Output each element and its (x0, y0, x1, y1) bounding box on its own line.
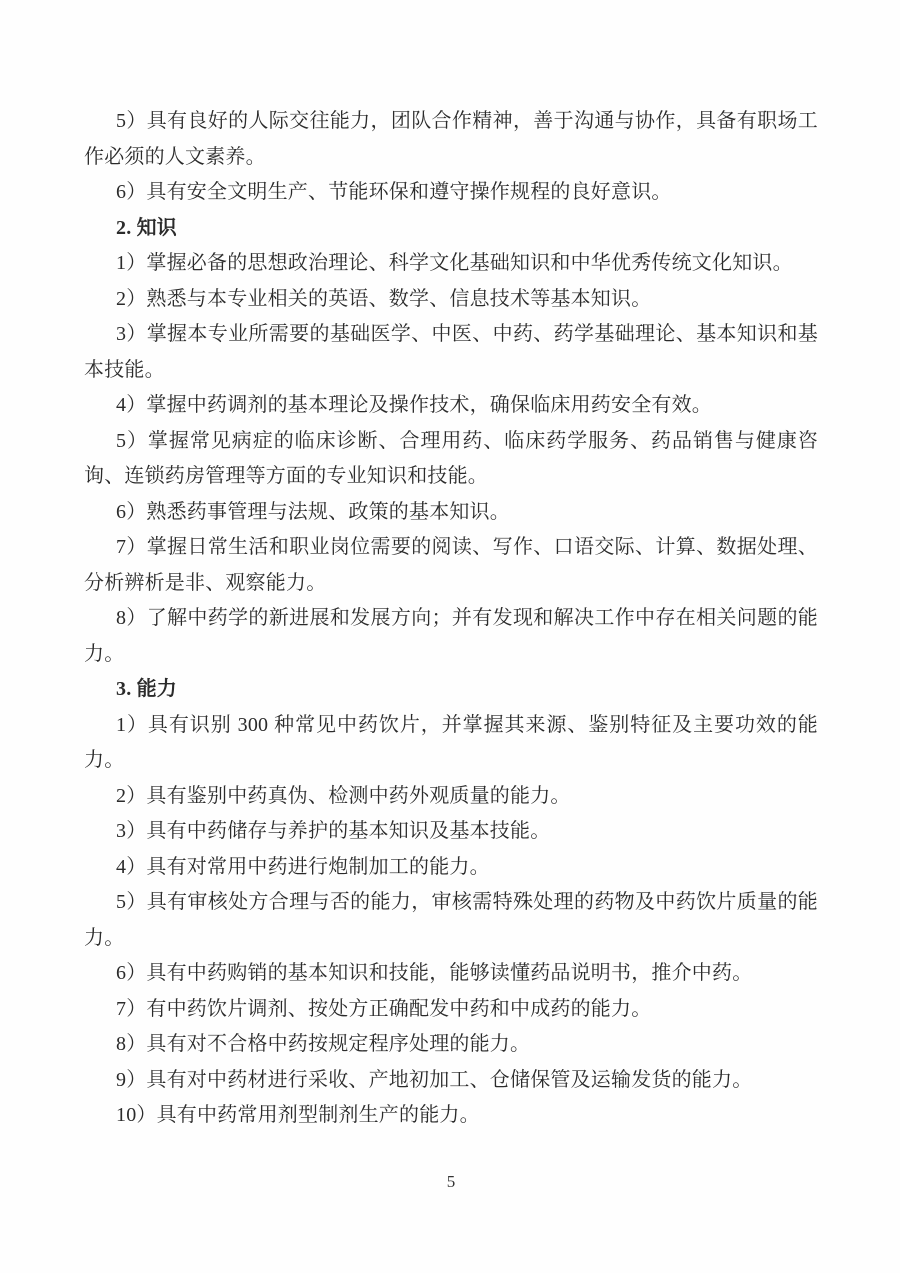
paragraph: 5）具有良好的人际交往能力，团队合作精神，善于沟通与协作，具备有职场工作必须的人… (84, 104, 818, 175)
paragraph: 5）掌握常见病症的临床诊断、合理用药、临床药学服务、药品销售与健康咨询、连锁药房… (84, 424, 818, 495)
paragraph: 5）具有审核处方合理与否的能力，审核需特殊处理的药物及中药饮片质量的能力。 (84, 885, 818, 956)
paragraph: 9）具有对中药材进行采收、产地初加工、仓储保管及运输发货的能力。 (84, 1063, 818, 1099)
paragraph: 6）具有中药购销的基本知识和技能，能够读懂药品说明书，推介中药。 (84, 956, 818, 992)
document-body: 5）具有良好的人际交往能力，团队合作精神，善于沟通与协作，具备有职场工作必须的人… (84, 104, 818, 1134)
paragraph: 1）掌握必备的思想政治理论、科学文化基础知识和中华优秀传统文化知识。 (84, 246, 818, 282)
section-heading: 3. 能力 (84, 672, 818, 708)
paragraph: 10）具有中药常用剂型制剂生产的能力。 (84, 1098, 818, 1134)
section-heading: 2. 知识 (84, 211, 818, 247)
paragraph: 8）了解中药学的新进展和发展方向；并有发现和解决工作中存在相关问题的能力。 (84, 601, 818, 672)
paragraph: 1）具有识别 300 种常见中药饮片，并掌握其来源、鉴别特征及主要功效的能力。 (84, 708, 818, 779)
page-footer: 5 (84, 1172, 818, 1192)
paragraph: 3）具有中药储存与养护的基本知识及基本技能。 (84, 814, 818, 850)
paragraph: 2）具有鉴别中药真伪、检测中药外观质量的能力。 (84, 779, 818, 815)
paragraph: 4）具有对常用中药进行炮制加工的能力。 (84, 850, 818, 886)
paragraph: 4）掌握中药调剂的基本理论及操作技术，确保临床用药安全有效。 (84, 388, 818, 424)
document-page: 5）具有良好的人际交往能力，团队合作精神，善于沟通与协作，具备有职场工作必须的人… (0, 0, 900, 1273)
paragraph: 7）有中药饮片调剂、按处方正确配发中药和中成药的能力。 (84, 992, 818, 1028)
paragraph: 3）掌握本专业所需要的基础医学、中医、中药、药学基础理论、基本知识和基本技能。 (84, 317, 818, 388)
paragraph: 2）熟悉与本专业相关的英语、数学、信息技术等基本知识。 (84, 282, 818, 318)
paragraph: 6）熟悉药事管理与法规、政策的基本知识。 (84, 495, 818, 531)
paragraph: 8）具有对不合格中药按规定程序处理的能力。 (84, 1027, 818, 1063)
page-number: 5 (447, 1172, 456, 1191)
paragraph: 6）具有安全文明生产、节能环保和遵守操作规程的良好意识。 (84, 175, 818, 211)
paragraph: 7）掌握日常生活和职业岗位需要的阅读、写作、口语交际、计算、数据处理、分析辨析是… (84, 530, 818, 601)
